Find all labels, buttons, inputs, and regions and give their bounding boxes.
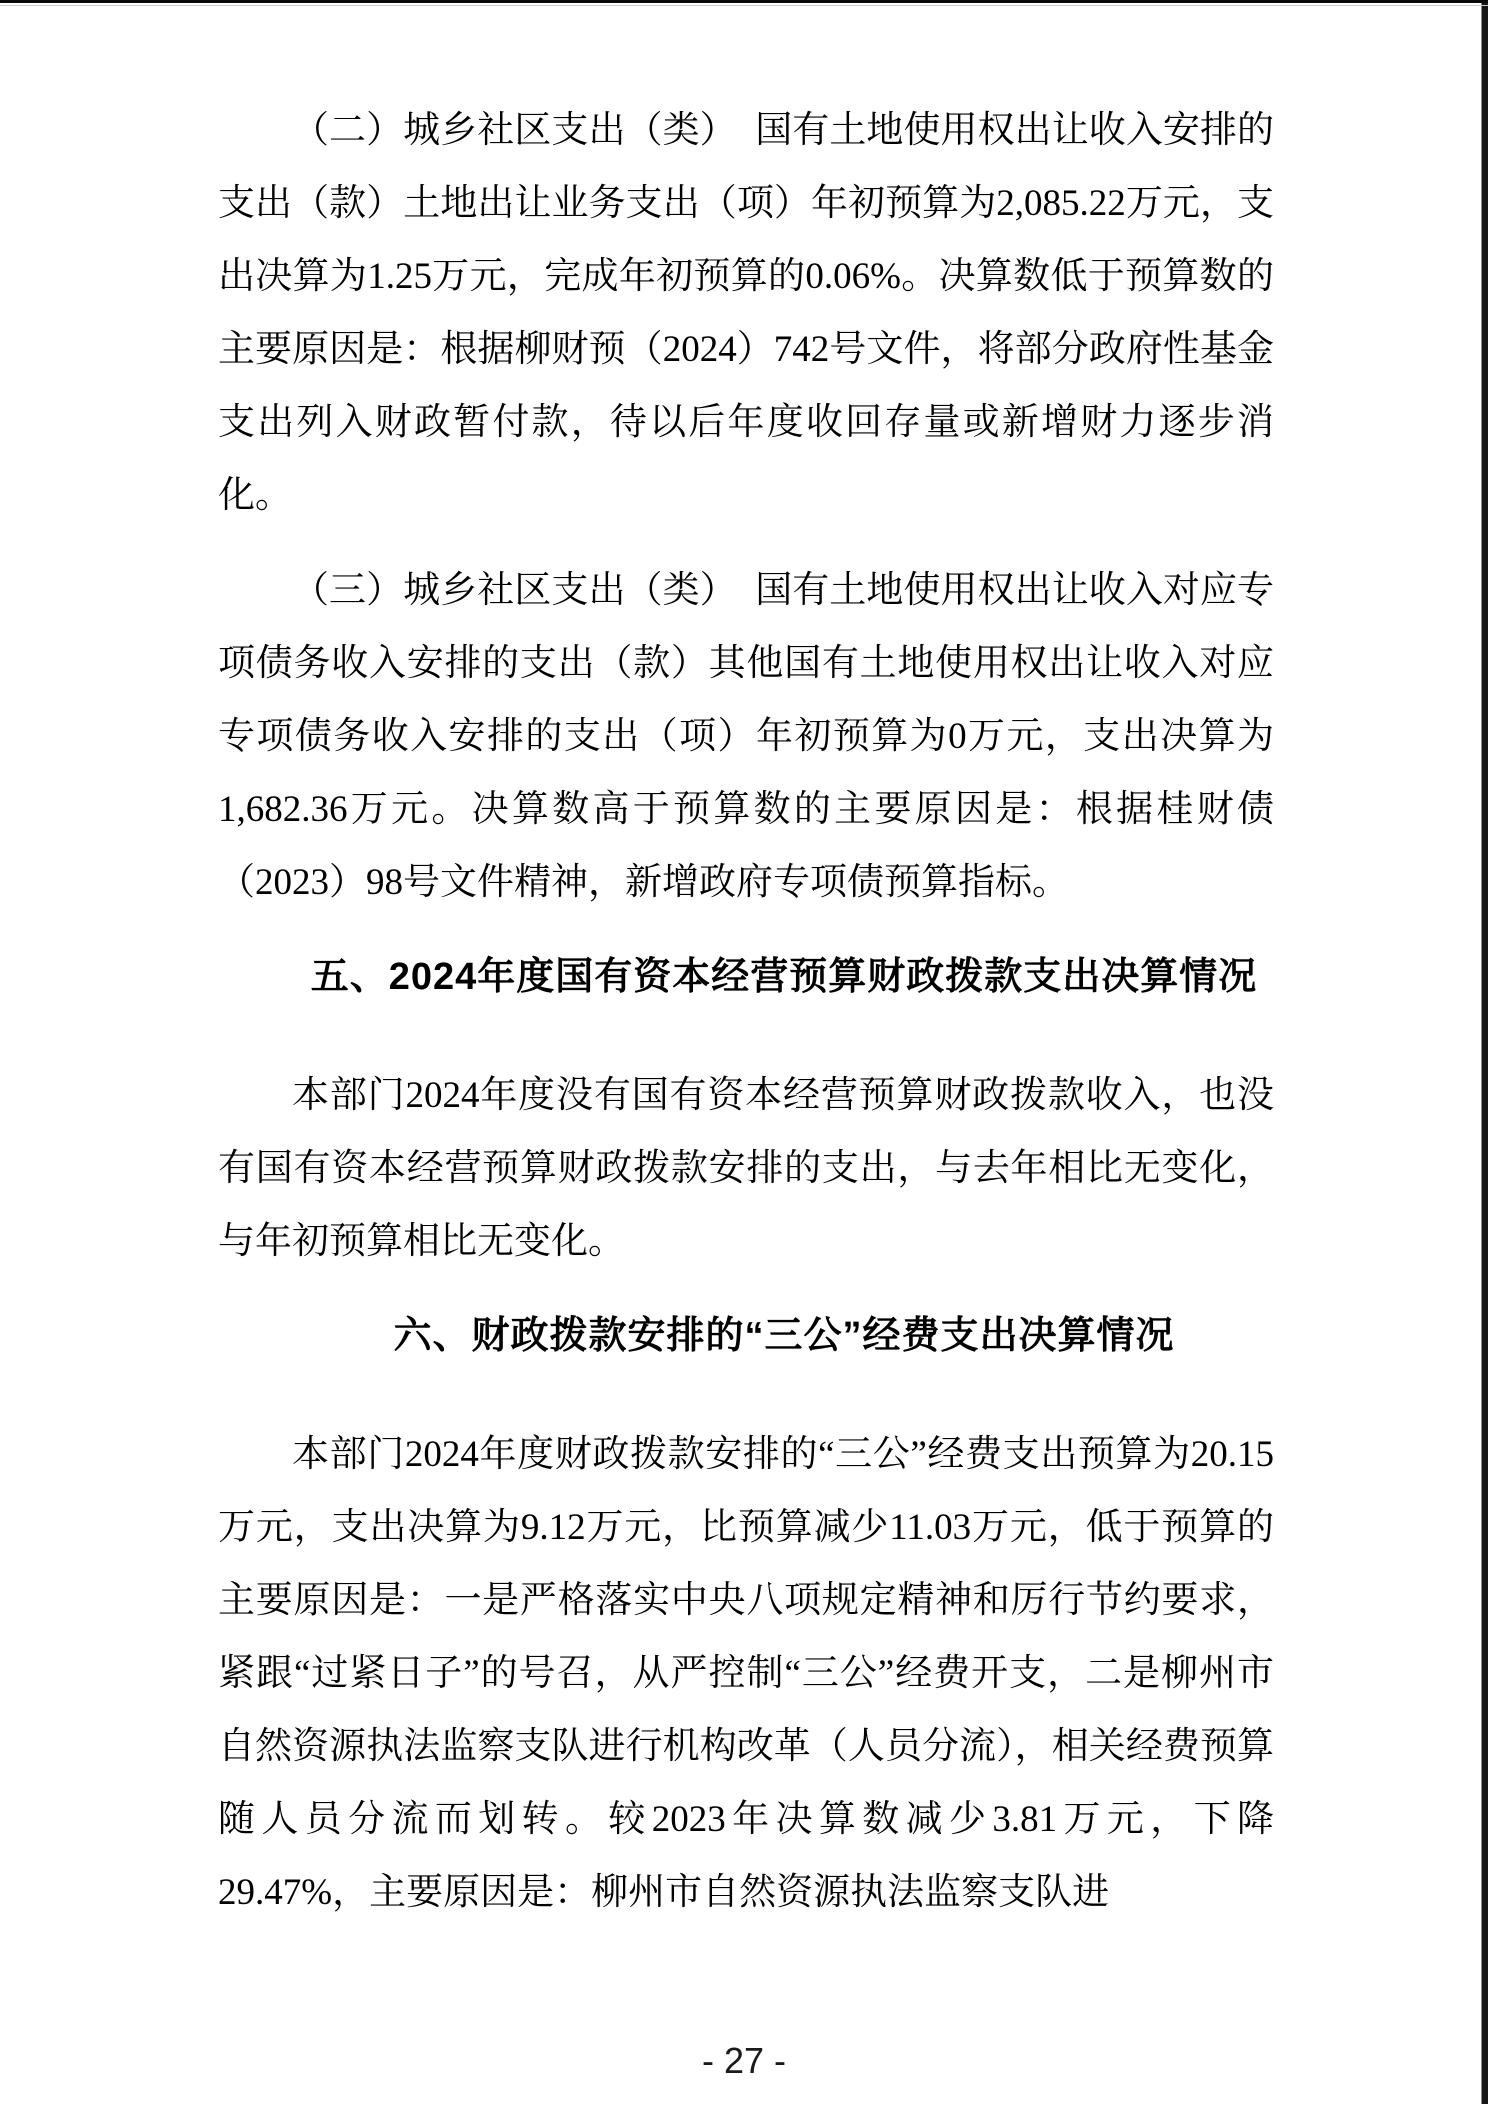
page-top-edge-line — [0, 5, 1488, 6]
page-top-edge — [0, 0, 1488, 3]
paragraph-subsection-three: （三）城乡社区支出（类） 国有土地使用权出让收入对应专项债务收入安排的支出（款）… — [218, 554, 1274, 919]
section-heading-six: 六、财政拨款安排的“三公”经费支出决算情况 — [218, 1300, 1274, 1373]
page-number: - 27 - — [0, 2042, 1488, 2080]
page-right-edge — [1481, 0, 1488, 2104]
paragraph-subsection-two: （二）城乡社区支出（类） 国有土地使用权出让收入安排的支出（款）土地出让业务支出… — [218, 94, 1274, 532]
paragraph-section-five-body: 本部门2024年度没有国有资本经营预算财政拨款收入，也没有国有资本经营预算财政拨… — [218, 1059, 1274, 1278]
section-heading-five: 五、2024年度国有资本经营预算财政拨款支出决算情况 — [218, 941, 1274, 1014]
document-body: （二）城乡社区支出（类） 国有土地使用权出让收入安排的支出（款）土地出让业务支出… — [218, 94, 1274, 1951]
paragraph-section-six-body: 本部门2024年度财政拨款安排的“三公”经费支出预算为20.15万元，支出决算为… — [218, 1418, 1274, 1929]
